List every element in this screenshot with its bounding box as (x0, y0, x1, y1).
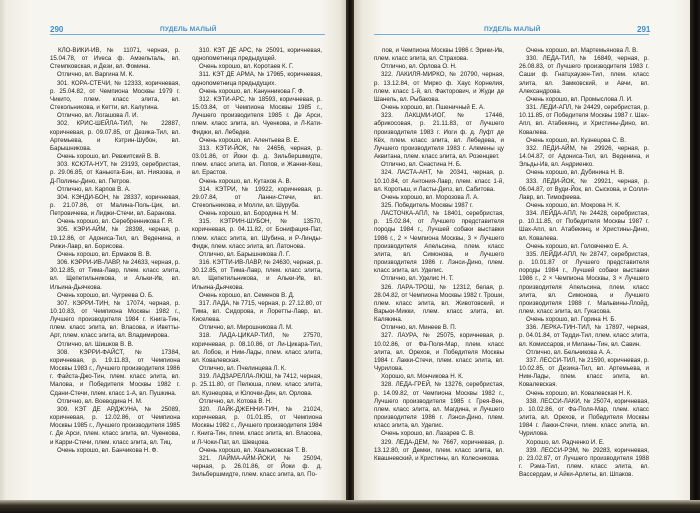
entry-paragraph: Отлично, вл. Мирошникова Л. М. (192, 324, 322, 332)
right-page: ПУДЕЛЬ МАЛЫЙ 291 пов, и Чемпиона Москвы … (354, 0, 690, 506)
right-page-column-2: Очень хорошо, вл. Мартемьянова Л. В.330.… (519, 47, 649, 479)
entry-paragraph: Очень хорошо, вл. Морозова Л. А. (374, 194, 504, 202)
entry-paragraph: Очень хорошо, вл. Дубинина Н. В. (519, 169, 649, 177)
page-number-right: 291 (637, 25, 650, 34)
entry-paragraph: Отлично, вл. Снастина Н. Б. (374, 161, 504, 169)
entry-paragraph: 326. ЛАРА-ТРОШ, № 12312, белая, р. 28.04… (374, 284, 504, 325)
entry-paragraph: 302. КРИС-ШЕЙЛА-ТИЛ, № 22887, коричневая… (50, 120, 180, 153)
entry-paragraph: Очень хорошо, вл. Горина Н. Б. (519, 316, 649, 324)
entry-paragraph: КЛО-ВИКИ-ИВ, № 11071, черная, р. 15.04.7… (50, 47, 180, 71)
entry-paragraph: 333. ЛЕДИ-ЙОК, № 29921, черная, р. 06.04… (519, 178, 649, 202)
entry-paragraph: Очень хорошо, вл. Ревжитский В. В. (50, 153, 180, 161)
entry-paragraph: 321. ЛАЙМА-АЙМ-ЙОКИ, № 25094, черная, р.… (192, 455, 322, 479)
entry-paragraph: Очень хорошо, вл. Ковалевская Н. К. (519, 390, 649, 398)
entry-paragraph: 332. ЛЕДИ-АЙМ, № 29926, черная, р. 14.04… (519, 145, 649, 169)
entry-paragraph: Хорошо, вл. Радченко И. Е. (519, 439, 649, 447)
entry-paragraph: 305. КЭРИ-АЙМ, № 28398, черная, р. 19.12… (50, 226, 180, 250)
book-edge-right (690, 0, 700, 513)
header-rule-right (374, 34, 649, 35)
entry-paragraph: Очень хорошо, вл. Хвальковская Т. В. (192, 447, 322, 455)
entry-paragraph: 307. КЭРРИ-ТИН, № 17074, черная, р. 10.1… (50, 300, 180, 341)
entry-paragraph: Очень хорошо, вл. Семенов В. Д. (192, 292, 322, 300)
entry-paragraph: Отлично, вл. Барышникова Л. Г. (192, 251, 322, 259)
entry-paragraph: Очень хорошо, вл. Кузнецова С. В. (519, 137, 649, 145)
entry-paragraph: 335. ЛЕЙДИ-АПЛ, № 28747, серебристая, р.… (519, 251, 649, 316)
entry-paragraph: 336. ЛЕРКА-ТИН-ТИЛ, № 17897, черная, р. … (519, 324, 649, 348)
entry-paragraph: 312. КЭТИ-АРС, № 18593, коричневая, р. 1… (192, 96, 322, 137)
entry-paragraph: 331. ЛЕДИ-АПЛ, № 24429, серебристая, р. … (519, 104, 649, 137)
book-edge-bottom (0, 500, 700, 513)
entry-paragraph: Очень хорошо, вл. Канунникова Г. Ф. (192, 88, 322, 96)
entry-paragraph: Отлично, вл. Уделис Н. Т. (374, 275, 504, 283)
entry-paragraph: 322. ЛАКИЛЯ-МИРКО, № 20790, черная, р. 1… (374, 71, 504, 104)
entry-paragraph: 339. ЛЕССИ-РЭМ, № 29283, коричневая, р. … (519, 447, 649, 480)
entry-paragraph: 318. ЛАДА-ЦИКАР-ТИЛ, № 27570, коричневая… (192, 332, 322, 365)
entry-paragraph: Очень хорошо, вл. Пшеничный Е. А. (374, 104, 504, 112)
entry-paragraph: 317. ЛАДА, № 7715, черная, р. 27.12.80, … (192, 300, 322, 324)
entry-paragraph: 338. ЛЕССИ-ЛАКИ, № 25074, коричневая, р.… (519, 398, 649, 439)
entry-paragraph: пов, и Чемпиона Москвы 1986 г. Эрики-Ив,… (374, 47, 504, 63)
right-page-column-1: пов, и Чемпиона Москвы 1986 г. Эрики-Ив,… (374, 47, 504, 463)
entry-paragraph: 315. КЭТРИН-ШУБОН, № 13570, коричневая, … (192, 218, 322, 251)
entry-paragraph: 309. КЭТ ДЕ АРДЖУНА, № 25089, коричневая… (50, 406, 180, 447)
entry-paragraph: 306. КЭРРИ-ИВ-ЛАВР, № 24633, черная, р. … (50, 259, 180, 292)
entry-paragraph: 329. ЛЕДА-ДЕМ, № 7667, коричневая, р. 13… (374, 439, 504, 463)
entry-paragraph: 330. ЛЕДА-ТИЛ, № 16849, черная, р. 26.08… (519, 55, 649, 96)
entry-paragraph: 324. ЛАСТА-АНТ, № 20341, черная, р. 10.1… (374, 169, 504, 193)
entry-paragraph: Отлично, вл. Шишков В. В. (50, 341, 180, 349)
entry-paragraph: 320. ЛАЙК-ДЖЕННИ-ТИН, № 21024, коричнева… (192, 406, 322, 447)
entry-paragraph: 328. ЛЕДА-ГРЕЙ, № 13276, серебристая, р.… (374, 381, 504, 430)
entry-paragraph: 311. КЭТ ДЕ АРМА, № 17965, коричневая, о… (192, 71, 322, 87)
entry-paragraph: Очень хорошо, вл. Мартемьянова Л. В. (519, 47, 649, 55)
entry-paragraph: ЛАСТОЧКА-АПЛ, № 18401, серебристая, р. 1… (374, 210, 504, 275)
entry-paragraph: Очень хорошо, вл. Мокрова Н. К. (519, 202, 649, 210)
entry-paragraph: Отлично, вл. Пчелинцева Л. К. (192, 365, 322, 373)
page-number-left: 290 (50, 25, 63, 34)
entry-paragraph: Очень хорошо, вл. Чугреева О. Б. (50, 292, 180, 300)
entry-paragraph: Очень хорошо, вл. Банчикова Н. Ф. (50, 447, 180, 455)
entry-paragraph: 301. КОРА-СТЕЧИ, № 12333, коричневая, р.… (50, 80, 180, 113)
left-page-column-2: 310. КЭТ ДЕ АРС, № 25091, коричневая, од… (192, 47, 322, 479)
entry-paragraph: Отлично, вл. Варгина М. К. (50, 71, 180, 79)
entry-paragraph: Очень хорошо, вл. Коротаев К. Г. (192, 63, 322, 71)
entry-paragraph: Очень хорошо, вл. Бородина Н. М. (192, 210, 322, 218)
entry-paragraph: 334. ЛЕЙДА-АПЛ, № 24428, серебристая, р.… (519, 210, 649, 243)
entry-paragraph: Очень хорошо, вл. Лазарев С. В. (374, 430, 504, 438)
entry-paragraph: 337. ЛЕССИ-ТИЛ, № 21590, коричневая, р. … (519, 357, 649, 390)
entry-paragraph: Отлично, вл. Орлова О. Н. (374, 63, 504, 71)
entry-paragraph: 325. Победитель Москвы 1987 г. (374, 202, 504, 210)
entry-paragraph: Очень хорошо, вл. Ермаков В. В. (50, 251, 180, 259)
entry-paragraph: Отлично, вл. Котова В. Н. (192, 398, 322, 406)
book-spine (346, 0, 354, 513)
entry-paragraph: 304. КЭНДИ-БОН, № 28337, коричневая, р. … (50, 194, 180, 218)
entry-paragraph: 314. КЭТРИ, № 19922, коричневая, р. 29.0… (192, 186, 322, 210)
entry-paragraph: Отлично, вл. Воеводина Н. М. (50, 398, 180, 406)
entry-paragraph: Очень хорошо, вл. Алентьева В. Е. (192, 137, 322, 145)
entry-paragraph: Отлично, вл. Карпов В. А. (50, 186, 180, 194)
entry-paragraph: 316. КЭТТИ-ИВ-ЛАВР, № 24630, черная, р. … (192, 259, 322, 292)
entry-paragraph: 327. ЛАУРА, № 25075, коричневая, р. 10.0… (374, 332, 504, 373)
entry-paragraph: 308. КЭРРИ-ФАЙСТ, № 17384, коричневая, р… (50, 349, 180, 398)
entry-paragraph: Отлично, вл. Минеев В. П. (374, 324, 504, 332)
entry-paragraph: Очень хорошо, вл. Промыслова Л. И. (519, 96, 649, 104)
left-page-column-1: КЛО-ВИКИ-ИВ, № 11071, черная, р. 15.04.7… (50, 47, 180, 455)
entry-paragraph: Очень хорошо, вл. Кутахов А. В. (192, 178, 322, 186)
entry-paragraph: 310. КЭТ ДЕ АРС, № 25091, коричневая, од… (192, 47, 322, 63)
entry-paragraph: Очень хорошо, вл. Головченко Е. А. (519, 243, 649, 251)
entry-paragraph: 319. ЛАДЗАРЕЛЛА-ЛЮШ, № 7412, черная, р. … (192, 373, 322, 397)
header-rule-left (50, 34, 325, 35)
entry-paragraph: 313. КЭТИ-ЙОК, № 24656, черная, р. 03.01… (192, 145, 322, 178)
left-page: 290 ПУДЕЛЬ МАЛЫЙ КЛО-ВИКИ-ИВ, № 11071, ч… (0, 0, 346, 506)
entry-paragraph: 303. КСЮТА-НУТ, № 23193, серебристая, р.… (50, 161, 180, 185)
entry-paragraph: 323. ЛАКЦМИ-ИОГ, № 17446, абрикосовая, р… (374, 112, 504, 161)
entry-paragraph: Отлично, вл. Бельчикова А. А. (519, 349, 649, 357)
